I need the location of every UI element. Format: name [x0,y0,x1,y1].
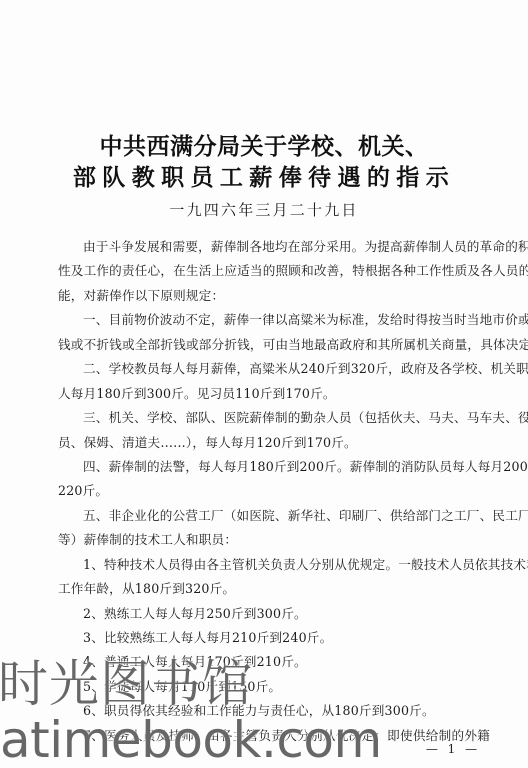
body-line: 2、熟练工人每人每月250斤到300斤。 [58,602,490,626]
document-page: 中共西满分局关于学校、机关、 部队教职员工薪俸待遇的指示 一九四六年三月二十九日… [0,0,528,768]
body-line: 能，对薪俸作以下原则规定： [58,284,490,308]
body-line: 二、学校教员每人每月薪俸，高粱米从240斤到320斤，政府及各学校、机关职员每 [58,357,490,381]
document-date: 一九四六年三月二十九日 [0,199,528,220]
body-line: 由于斗争发展和需要，薪俸制各地均在部分采用。为提高薪俸制人员的革命的积极 [58,235,490,259]
body-line: 员、保姆、清道夫……），每人每月120斤到170斤。 [58,431,490,455]
document-title-line-2: 部队教职员工薪俸待遇的指示 [0,159,528,192]
body-line: 一、目前物价波动不定，薪俸一律以高粱米为标准，发给时得按当时当地市价或折 [58,308,490,332]
body-line: 四、薪俸制的法警，每人每月180斤到200斤。薪俸制的消防队员每人每月200斤到 [58,455,490,479]
body-line: 人每月180斤到300斤。见习员110斤到170斤。 [58,382,490,406]
body-line: 3、比较熟练工人每人每月210斤到240斤。 [58,626,490,650]
document-title-line-1: 中共西满分局关于学校、机关、 [0,128,528,161]
page-number: — 1 — [420,742,486,756]
body-line: 工作年龄，从180斤到320斤。 [58,577,490,601]
body-line: 钱或不折钱或全部折钱或部分折钱，可由当地最高政府和其所属机关商量，具体决定。 [58,333,490,357]
body-line: 4、普通工人每人每月170斤到210斤。 [58,650,490,674]
body-line: 五、非企业化的公营工厂（如医院、新华社、印刷厂、供给部门之工厂、民工厂 [58,504,490,528]
body-line: 6、职员得依其经验和工作能力与责任心，从180斤到300斤。 [58,699,490,723]
document-body: 由于斗争发展和需要，薪俸制各地均在部分采用。为提高薪俸制人员的革命的积极 性及工… [58,235,490,748]
body-line: 三、机关、学校、部队、医院薪俸制的勤杂人员（包括伙夫、马夫、马车夫、役 [58,406,490,430]
body-line: 5、学徒每人每月110斤到150斤。 [58,675,490,699]
body-line: 等）薪俸制的技术工人和职员： [58,528,490,552]
body-line: 1、特种技术人员得由各主管机关负责人分别从优规定。一般技术人员依其技术和 [58,553,490,577]
body-line: 220斤。 [58,479,490,503]
body-line: 性及工作的责任心，在生活上应适当的照顾和改善，特根据各种工作性质及各人员的技 [58,259,490,283]
